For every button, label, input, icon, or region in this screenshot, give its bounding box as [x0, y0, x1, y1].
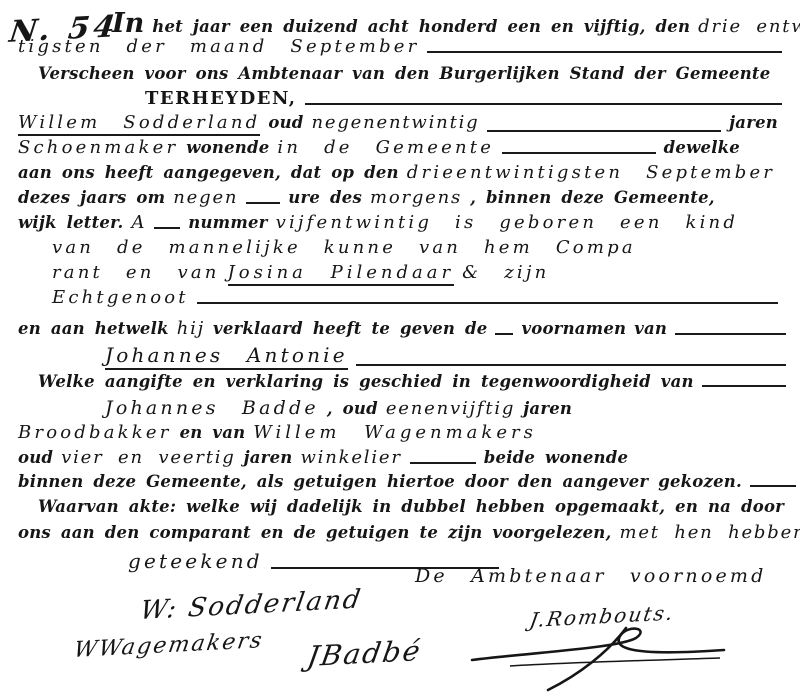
- child-gender-text: van de mannelijke kunne van hem Compa: [52, 237, 636, 258]
- printed-ure: ure des: [288, 188, 362, 207]
- line-declaration-date: aan ons heeft aangegeven, dat op den dri…: [18, 162, 775, 183]
- drop-cap-initial: In: [112, 10, 144, 37]
- fill-rule: [750, 483, 796, 487]
- printed-en-van: en van: [180, 423, 246, 442]
- fill-rule: [487, 128, 721, 132]
- birth-hour: negen: [173, 187, 238, 208]
- printed-deed-clause1: Waarvan akte: welke wij dadelijk in dubb…: [38, 497, 784, 516]
- printed-hetwelk: en aan hetwelk: [18, 319, 169, 338]
- signature-comparant: W: Sodderland: [138, 585, 364, 626]
- printed-witness-intro: Welke aangifte en verklaring is geschied…: [38, 372, 694, 391]
- fill-rule: [495, 331, 513, 335]
- fill-rule: [154, 225, 180, 229]
- fill-rule: [246, 200, 280, 204]
- printed-oud: , oud: [327, 399, 378, 418]
- fill-rule: [502, 150, 656, 154]
- fill-rule: [305, 101, 782, 105]
- printed-appeared-text: Verscheen voor ons Ambtenaar van den Bur…: [38, 64, 770, 83]
- printed-beide-wonende: beide wonende: [484, 448, 628, 467]
- line-given-names-intro: en aan hetwelk hij verklaard heeft te ge…: [18, 318, 786, 339]
- municipality-name: TERHEYDEN,: [145, 88, 297, 109]
- handwritten-geteekend: geteekend: [128, 549, 263, 573]
- witness2-occupation: winkelier: [300, 447, 401, 468]
- fill-rule: [427, 49, 782, 53]
- birth-daypart: morgens: [370, 187, 462, 208]
- mother-name: Josina Pilendaar: [228, 262, 455, 286]
- printed-declaration-text: aan ons heeft aangegeven, dat op den: [18, 163, 399, 182]
- child-given-names: Johannes Antonie: [105, 343, 348, 370]
- printed-verklaard: verklaard heeft te geven de: [213, 319, 487, 338]
- mother-intro: rant en van: [52, 262, 220, 283]
- fill-rule: [197, 300, 778, 304]
- line-official-title: De Ambtenaar voornoemd: [415, 565, 767, 587]
- line-witness2-age: oud vier en veertig jaren winkelier beid…: [18, 447, 628, 468]
- printed-voornamen: voornamen: [521, 319, 626, 338]
- printed-oud: oud: [18, 448, 53, 467]
- witness1-age: eenenvijftig: [386, 398, 515, 419]
- printed-jaren: jaren: [523, 399, 572, 418]
- line-month: tigsten der maand September: [18, 36, 782, 57]
- house-number-birth-text: vijfentwintig is geboren een kind: [276, 212, 738, 233]
- line-spouse: Echtgenoot: [52, 287, 778, 308]
- mother-suffix: & zijn: [462, 262, 549, 283]
- line-municipality-name: TERHEYDEN,: [145, 88, 782, 109]
- line-witness1: Johannes Badde , oud eenenvijftig jaren: [105, 397, 572, 419]
- handwritten-hij: hij: [177, 318, 205, 339]
- declarant-residence: in de Gemeente: [277, 137, 494, 158]
- witness2-age: vier en veertig: [61, 447, 235, 468]
- fill-rule: [702, 383, 786, 387]
- witness2-name: Willem Wagenmakers: [253, 422, 537, 443]
- line-occupation-residence: Schoenmaker wonende in de Gemeente dewel…: [18, 137, 740, 158]
- fill-rule: [410, 460, 476, 464]
- official-title-text: De Ambtenaar voornoemd: [415, 565, 767, 587]
- declarant-age: negenentwintig: [312, 112, 480, 133]
- witness1-occupation: Broodbakker: [18, 422, 172, 443]
- printed-om: dezes jaars om: [18, 188, 165, 207]
- fill-rule: [356, 362, 786, 366]
- line-witnesses-residence: binnen deze Gemeente, als getuigen hiert…: [18, 472, 796, 491]
- line-deed-clause2: ons aan den comparant en de getuigen te …: [18, 522, 800, 543]
- line-child-names: Johannes Antonie: [105, 343, 786, 370]
- line-child-gender: van de mannelijke kunne van hem Compa: [52, 237, 636, 258]
- printed-deed-clause2: ons aan den comparant en de getuigen te …: [18, 523, 611, 542]
- line-declarant: Willem Sodderland oud negenentwintig jar…: [18, 112, 778, 136]
- printed-wijk-letter: wijk letter.: [18, 213, 123, 232]
- line-mother: rant en van Josina Pilendaar & zijn: [52, 262, 549, 286]
- declarant-name: Willem Sodderland: [18, 112, 260, 136]
- line-appeared: Verscheen voor ons Ambtenaar van den Bur…: [38, 64, 770, 83]
- handwritten-day: drie entwin-: [698, 16, 800, 37]
- spouse-word: Echtgenoot: [52, 287, 189, 308]
- handwritten-month: tigsten der maand September: [18, 36, 419, 57]
- signature-witness1: JBadbé: [305, 634, 424, 673]
- line-year-opening: In het jaar een duizend acht honderd een…: [112, 10, 786, 37]
- line-address-birth: wijk letter. A nummer vijfentwintig is g…: [18, 212, 738, 233]
- printed-nummer: nummer: [188, 213, 267, 232]
- line-birth-time: dezes jaars om negen ure des morgens , b…: [18, 187, 715, 208]
- declarant-occupation: Schoenmaker: [18, 137, 178, 158]
- wijk-letter-value: A: [131, 212, 146, 233]
- printed-oud: oud: [268, 113, 303, 132]
- signature-flourish: [468, 622, 730, 694]
- line-witness-intro: Welke aangifte en verklaring is geschied…: [38, 372, 786, 391]
- signature-witness2: WWagemakers: [72, 628, 266, 663]
- printed-jaren: jaren: [729, 113, 778, 132]
- printed-year-text: het jaar een duizend acht honderd een en…: [152, 17, 690, 36]
- witness1-name: Johannes Badde: [105, 397, 319, 419]
- printed-van: van: [634, 319, 667, 338]
- fill-rule: [675, 331, 786, 335]
- printed-jaren: jaren: [244, 448, 293, 467]
- printed-dewelke: dewelke: [664, 138, 740, 157]
- printed-wonende: wonende: [186, 138, 269, 157]
- printed-binnen-gemeente: , binnen deze Gemeente,: [470, 188, 715, 207]
- printed-witnesses-residence: binnen deze Gemeente, als getuigen hiert…: [18, 472, 742, 491]
- line-witness1-occupation-witness2: Broodbakker en van Willem Wagenmakers: [18, 422, 537, 443]
- line-deed-clause1: Waarvan akte: welke wij dadelijk in dubb…: [38, 497, 784, 516]
- handwritten-met-hen-hebben: met hen hebben: [619, 522, 800, 543]
- document-page: N. 54 In het jaar een duizend acht honde…: [0, 0, 800, 700]
- handwritten-birthdate: drieentwintigsten September: [407, 162, 775, 183]
